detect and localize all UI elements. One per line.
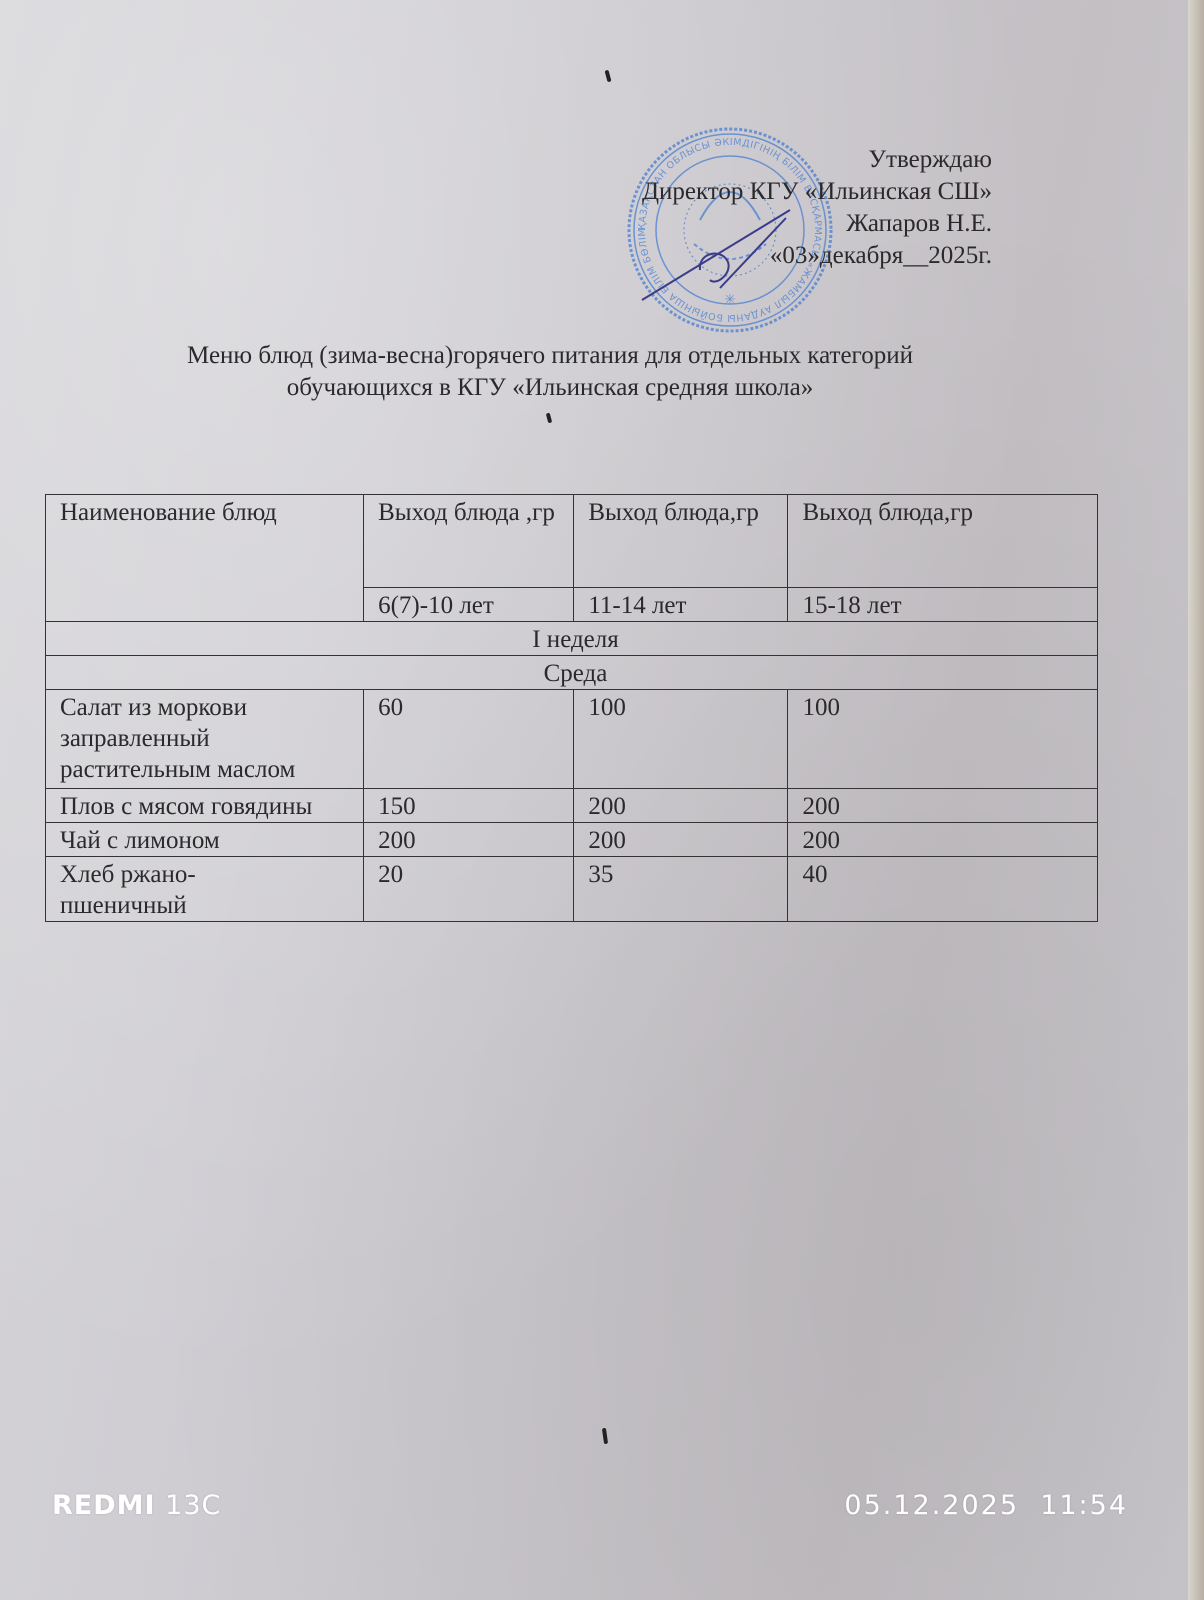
yield-value: 60 [364,690,574,789]
day-row: Среда [46,656,1098,690]
day-label: Среда [46,656,1098,690]
table-header-row: Наименование блюд Выход блюда ,гр Выход … [46,495,1098,588]
title-line-2: обучающихся в КГУ «Ильинская средняя шко… [110,372,990,404]
yield-value: 35 [574,857,788,922]
dish-name: Плов с мясом говядины [46,789,364,823]
table-row: Чай с лимоном 200 200 200 [46,823,1098,857]
dish-name: Салат из моркови заправленный растительн… [46,690,364,789]
week-row: I неделя [46,622,1098,656]
yield-value: 200 [574,789,788,823]
yield-value: 200 [364,823,574,857]
yield-value: 40 [788,857,1098,922]
yield-value: 200 [788,789,1098,823]
photo-time: 11:54 [1040,1490,1128,1521]
yield-value: 200 [788,823,1098,857]
age-group: 15-18 лет [788,588,1098,622]
yield-value: 150 [364,789,574,823]
table-row: Салат из моркови заправленный растительн… [46,690,1098,789]
yield-value: 200 [574,823,788,857]
title-line-1: Меню блюд (зима-весна)горячего питания д… [110,340,990,372]
dish-name: Хлеб ржано-пшеничный [46,857,364,922]
camera-model: 13C [165,1490,221,1521]
header-yield-2: Выход блюда,гр [574,495,788,588]
signature-icon [640,200,800,310]
yield-value: 20 [364,857,574,922]
dish-name: Чай с лимоном [46,823,364,857]
header-yield-1: Выход блюда ,гр [364,495,574,588]
camera-brand: REDMI [52,1490,156,1521]
week-label: I неделя [46,622,1098,656]
age-group: 11-14 лет [574,588,788,622]
header-dish-name: Наименование блюд [46,495,364,622]
yield-value: 100 [788,690,1098,789]
background-surface [1188,0,1204,1600]
camera-model-watermark: REDMI 13C [52,1490,221,1521]
photo-date: 05.12.2025 [844,1490,1019,1521]
table-row: Хлеб ржано-пшеничный 20 35 40 [46,857,1098,922]
yield-value: 100 [574,690,788,789]
table-row: Плов с мясом говядины 150 200 200 [46,789,1098,823]
age-group: 6(7)-10 лет [364,588,574,622]
menu-table: Наименование блюд Выход блюда ,гр Выход … [45,494,1098,922]
approval-heading: Утверждаю [642,144,992,176]
document-title: Меню блюд (зима-весна)горячего питания д… [110,340,990,404]
header-yield-3: Выход блюда,гр [788,495,1098,588]
camera-timestamp-watermark: 05.12.2025 11:54 [844,1490,1128,1521]
